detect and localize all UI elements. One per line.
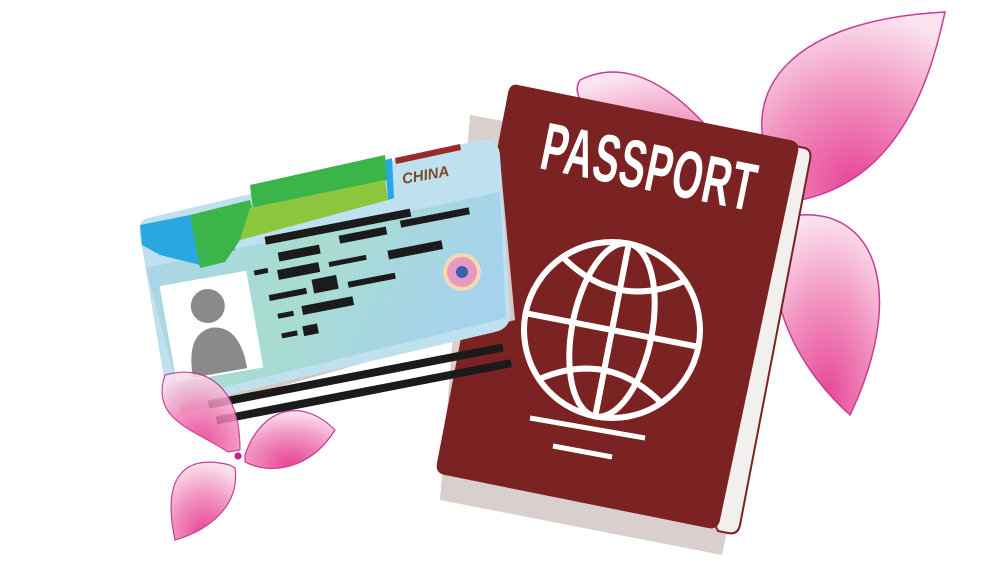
id-photo [160, 271, 264, 383]
illustration: PASSPORT CHINA [0, 0, 1002, 563]
id-seal [443, 253, 481, 291]
petal [245, 411, 335, 469]
petal [171, 462, 235, 540]
